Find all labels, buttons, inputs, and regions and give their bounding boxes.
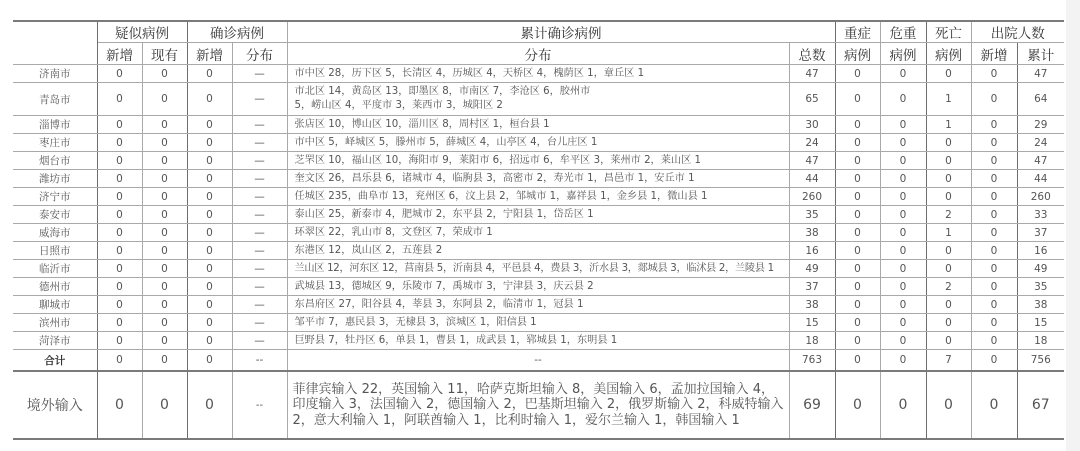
confirmed-new: 0 bbox=[187, 224, 232, 242]
confirmed-dist: — bbox=[232, 224, 287, 242]
discharged-new: 0 bbox=[971, 314, 1017, 332]
table-row: 滨州市 0 0 0 — 邹平市 7，惠民县 3，无棣县 3，滨城区 1，阳信县 … bbox=[13, 314, 1064, 332]
header-critical-1: 危重 bbox=[880, 21, 926, 43]
confirmed-dist: — bbox=[232, 83, 287, 116]
suspected-current: 0 bbox=[142, 170, 187, 188]
confirmed-new: 0 bbox=[187, 65, 232, 83]
death: 2 bbox=[926, 206, 971, 224]
suspected-current: 0 bbox=[142, 206, 187, 224]
suspected-current: 0 bbox=[142, 314, 187, 332]
cumulative-total: 44 bbox=[789, 170, 835, 188]
critical: 0 bbox=[880, 152, 926, 170]
death: 0 bbox=[926, 170, 971, 188]
city-name: 日照市 bbox=[13, 242, 97, 260]
cumulative-dist: 菲律宾输入 22，英国输入 11，哈萨克斯坦输入 8，美国输入 6，孟加拉国输入… bbox=[287, 371, 789, 439]
discharged-new: 0 bbox=[971, 170, 1017, 188]
discharged-cum: 18 bbox=[1017, 332, 1064, 350]
critical: 0 bbox=[880, 260, 926, 278]
confirmed-new: 0 bbox=[187, 260, 232, 278]
header-death-2: 病例 bbox=[926, 43, 971, 65]
cumulative-total: 15 bbox=[789, 314, 835, 332]
imported-label: 境外输入 bbox=[13, 371, 97, 439]
death: 0 bbox=[926, 260, 971, 278]
cumulative-total: 65 bbox=[789, 83, 835, 116]
city-name: 泰安市 bbox=[13, 206, 97, 224]
discharged-cum: 49 bbox=[1017, 260, 1064, 278]
death: 0 bbox=[926, 65, 971, 83]
table-row: 烟台市 0 0 0 — 芝罘区 10，福山区 10，海阳市 9，莱阳市 6，招远… bbox=[13, 152, 1064, 170]
critical: 0 bbox=[880, 314, 926, 332]
subheader-discharged-new: 新增 bbox=[971, 43, 1017, 65]
discharged-new: 0 bbox=[971, 242, 1017, 260]
header-suspected: 疑似病例 bbox=[97, 21, 187, 43]
confirmed-dist: -- bbox=[232, 350, 287, 372]
discharged-new: 0 bbox=[971, 116, 1017, 134]
death: 0 bbox=[926, 314, 971, 332]
critical: 0 bbox=[880, 206, 926, 224]
right-scroll-strip bbox=[1066, 0, 1080, 451]
discharged-cum: 35 bbox=[1017, 278, 1064, 296]
suspected-current: 0 bbox=[142, 278, 187, 296]
suspected-new: 0 bbox=[97, 188, 142, 206]
critical: 0 bbox=[880, 371, 926, 439]
table-row: 潍坊市 0 0 0 — 奎文区 26，昌乐县 6，诸城市 4，临朐县 3，高密市… bbox=[13, 170, 1064, 188]
suspected-new: 0 bbox=[97, 296, 142, 314]
subheader-suspected-current: 现有 bbox=[142, 43, 187, 65]
table-row: 淄博市 0 0 0 — 张店区 10，博山区 10，淄川区 8，周村区 1，桓台… bbox=[13, 116, 1064, 134]
city-name: 威海市 bbox=[13, 224, 97, 242]
cumulative-dist: 市中区 5，峄城区 5，滕州市 5，薛城区 4，山亭区 4，台儿庄区 1 bbox=[287, 134, 789, 152]
suspected-current: 0 bbox=[142, 371, 187, 439]
discharged-new: 0 bbox=[971, 206, 1017, 224]
critical: 0 bbox=[880, 83, 926, 116]
suspected-current: 0 bbox=[142, 65, 187, 83]
severe: 0 bbox=[835, 188, 880, 206]
confirmed-new: 0 bbox=[187, 278, 232, 296]
city-name: 烟台市 bbox=[13, 152, 97, 170]
suspected-current: 0 bbox=[142, 332, 187, 350]
severe: 0 bbox=[835, 332, 880, 350]
confirmed-new: 0 bbox=[187, 152, 232, 170]
table-row: 日照市 0 0 0 — 东港区 12，岚山区 2，五莲县 2 16 0 0 0 … bbox=[13, 242, 1064, 260]
death: 2 bbox=[926, 278, 971, 296]
confirmed-new: 0 bbox=[187, 242, 232, 260]
header-cumulative: 累计确诊病例 bbox=[287, 21, 835, 43]
confirmed-dist: — bbox=[232, 242, 287, 260]
severe: 0 bbox=[835, 260, 880, 278]
confirmed-new: 0 bbox=[187, 350, 232, 372]
subheader-confirmed-dist: 分布 bbox=[232, 43, 287, 65]
table-row: 泰安市 0 0 0 — 泰山区 25，新泰市 4，肥城市 2，东平县 2，宁阳县… bbox=[13, 206, 1064, 224]
discharged-cum: 15 bbox=[1017, 314, 1064, 332]
discharged-cum: 24 bbox=[1017, 134, 1064, 152]
severe: 0 bbox=[835, 350, 880, 372]
suspected-new: 0 bbox=[97, 83, 142, 116]
discharged-cum: 67 bbox=[1017, 371, 1064, 439]
critical: 0 bbox=[880, 134, 926, 152]
critical: 0 bbox=[880, 242, 926, 260]
cumulative-total: 16 bbox=[789, 242, 835, 260]
subheader-discharged-cum: 累计 bbox=[1017, 43, 1064, 65]
cumulative-total: 47 bbox=[789, 152, 835, 170]
discharged-new: 0 bbox=[971, 332, 1017, 350]
death: 7 bbox=[926, 350, 971, 372]
confirmed-dist: — bbox=[232, 206, 287, 224]
suspected-new: 0 bbox=[97, 371, 142, 439]
cumulative-total: 38 bbox=[789, 224, 835, 242]
confirmed-dist: -- bbox=[232, 371, 287, 439]
table-row: 聊城市 0 0 0 — 东昌府区 27，阳谷县 4，莘县 3，东阿县 2，临清市… bbox=[13, 296, 1064, 314]
cumulative-total: 260 bbox=[789, 188, 835, 206]
suspected-new: 0 bbox=[97, 350, 142, 372]
confirmed-dist: — bbox=[232, 260, 287, 278]
discharged-cum: 47 bbox=[1017, 152, 1064, 170]
severe: 0 bbox=[835, 134, 880, 152]
discharged-cum: 47 bbox=[1017, 65, 1064, 83]
cumulative-total: 35 bbox=[789, 206, 835, 224]
suspected-current: 0 bbox=[142, 152, 187, 170]
death: 0 bbox=[926, 188, 971, 206]
death: 0 bbox=[926, 371, 971, 439]
discharged-cum: 16 bbox=[1017, 242, 1064, 260]
subheader-confirmed-new: 新增 bbox=[187, 43, 232, 65]
death: 0 bbox=[926, 332, 971, 350]
confirmed-new: 0 bbox=[187, 296, 232, 314]
imported-row: 境外输入 0 0 0 -- 菲律宾输入 22，英国输入 11，哈萨克斯坦输入 8… bbox=[13, 371, 1064, 439]
severe: 0 bbox=[835, 242, 880, 260]
confirmed-new: 0 bbox=[187, 116, 232, 134]
death: 1 bbox=[926, 116, 971, 134]
suspected-new: 0 bbox=[97, 65, 142, 83]
confirmed-dist: — bbox=[232, 278, 287, 296]
cumulative-dist: 市中区 28，历下区 5，长清区 4，历城区 4，天桥区 4，槐荫区 1，章丘区… bbox=[287, 65, 789, 83]
table-row: 济南市 0 0 0 — 市中区 28，历下区 5，长清区 4，历城区 4，天桥区… bbox=[13, 65, 1064, 83]
suspected-current: 0 bbox=[142, 134, 187, 152]
suspected-new: 0 bbox=[97, 278, 142, 296]
subheader-total: 总数 bbox=[789, 43, 835, 65]
discharged-cum: 33 bbox=[1017, 206, 1064, 224]
confirmed-new: 0 bbox=[187, 314, 232, 332]
cumulative-dist: 东港区 12，岚山区 2，五莲县 2 bbox=[287, 242, 789, 260]
cumulative-dist: 兰山区 12，河东区 12，莒南县 5，沂南县 4，平邑县 4，费县 3，沂水县… bbox=[287, 260, 789, 278]
confirmed-dist: — bbox=[232, 116, 287, 134]
severe: 0 bbox=[835, 83, 880, 116]
header-confirmed: 确诊病例 bbox=[187, 21, 287, 43]
discharged-new: 0 bbox=[971, 65, 1017, 83]
confirmed-new: 0 bbox=[187, 206, 232, 224]
cumulative-total: 30 bbox=[789, 116, 835, 134]
city-name: 滨州市 bbox=[13, 314, 97, 332]
city-name: 潍坊市 bbox=[13, 170, 97, 188]
suspected-current: 0 bbox=[142, 83, 187, 116]
discharged-new: 0 bbox=[971, 152, 1017, 170]
death: 0 bbox=[926, 296, 971, 314]
confirmed-new: 0 bbox=[187, 371, 232, 439]
cumulative-dist: 市北区 14，黄岛区 13，即墨区 8，市南区 7，李沧区 6，胶州市 5，崂山… bbox=[287, 83, 789, 116]
confirmed-new: 0 bbox=[187, 188, 232, 206]
cumulative-dist: 环翠区 22，乳山市 8，文登区 7，荣成市 1 bbox=[287, 224, 789, 242]
cumulative-dist: 邹平市 7，惠民县 3，无棣县 3，滨城区 1，阳信县 1 bbox=[287, 314, 789, 332]
confirmed-new: 0 bbox=[187, 83, 232, 116]
header-city-blank bbox=[13, 21, 97, 65]
critical: 0 bbox=[880, 116, 926, 134]
discharged-cum: 38 bbox=[1017, 296, 1064, 314]
city-name: 枣庄市 bbox=[13, 134, 97, 152]
subheader-cumulative-dist: 分布 bbox=[287, 43, 789, 65]
discharged-cum: 64 bbox=[1017, 83, 1064, 116]
severe: 0 bbox=[835, 65, 880, 83]
total-label: 合计 bbox=[13, 350, 97, 372]
subheader-suspected-new: 新增 bbox=[97, 43, 142, 65]
cumulative-dist: 泰山区 25，新泰市 4，肥城市 2，东平县 2，宁阳县 1，岱岳区 1 bbox=[287, 206, 789, 224]
suspected-current: 0 bbox=[142, 116, 187, 134]
table-row: 威海市 0 0 0 — 环翠区 22，乳山市 8，文登区 7，荣成市 1 38 … bbox=[13, 224, 1064, 242]
discharged-new: 0 bbox=[971, 83, 1017, 116]
discharged-cum: 44 bbox=[1017, 170, 1064, 188]
table-row: 济宁市 0 0 0 — 任城区 235，曲阜市 13，兖州区 6，汶上县 2，邹… bbox=[13, 188, 1064, 206]
suspected-new: 0 bbox=[97, 152, 142, 170]
city-name: 济宁市 bbox=[13, 188, 97, 206]
cumulative-total: 38 bbox=[789, 296, 835, 314]
suspected-current: 0 bbox=[142, 260, 187, 278]
discharged-new: 0 bbox=[971, 278, 1017, 296]
discharged-cum: 37 bbox=[1017, 224, 1064, 242]
cumulative-total: 763 bbox=[789, 350, 835, 372]
city-name: 临沂市 bbox=[13, 260, 97, 278]
confirmed-new: 0 bbox=[187, 134, 232, 152]
cumulative-total: 49 bbox=[789, 260, 835, 278]
city-name: 青岛市 bbox=[13, 83, 97, 116]
suspected-new: 0 bbox=[97, 170, 142, 188]
suspected-new: 0 bbox=[97, 314, 142, 332]
severe: 0 bbox=[835, 206, 880, 224]
death: 0 bbox=[926, 242, 971, 260]
critical: 0 bbox=[880, 188, 926, 206]
suspected-current: 0 bbox=[142, 224, 187, 242]
critical: 0 bbox=[880, 224, 926, 242]
severe: 0 bbox=[835, 278, 880, 296]
death: 1 bbox=[926, 224, 971, 242]
table-row: 青岛市 0 0 0 — 市北区 14，黄岛区 13，即墨区 8，市南区 7，李沧… bbox=[13, 83, 1064, 116]
table-row: 菏泽市 0 0 0 — 巨野县 7，牡丹区 6，单县 1，曹县 1，成武县 1，… bbox=[13, 332, 1064, 350]
critical: 0 bbox=[880, 170, 926, 188]
severe: 0 bbox=[835, 314, 880, 332]
confirmed-dist: — bbox=[232, 296, 287, 314]
confirmed-dist: — bbox=[232, 188, 287, 206]
death: 1 bbox=[926, 83, 971, 116]
death: 0 bbox=[926, 152, 971, 170]
death: 0 bbox=[926, 134, 971, 152]
confirmed-dist: — bbox=[232, 314, 287, 332]
critical: 0 bbox=[880, 296, 926, 314]
table-row: 枣庄市 0 0 0 — 市中区 5，峄城区 5，滕州市 5，薛城区 4，山亭区 … bbox=[13, 134, 1064, 152]
city-name: 淄博市 bbox=[13, 116, 97, 134]
confirmed-dist: — bbox=[232, 134, 287, 152]
cumulative-total: 47 bbox=[789, 65, 835, 83]
severe: 0 bbox=[835, 170, 880, 188]
discharged-new: 0 bbox=[971, 350, 1017, 372]
severe: 0 bbox=[835, 116, 880, 134]
city-name: 聊城市 bbox=[13, 296, 97, 314]
total-row: 合计 0 0 0 -- -- 763 0 0 7 0 756 bbox=[13, 350, 1064, 372]
suspected-new: 0 bbox=[97, 224, 142, 242]
critical: 0 bbox=[880, 332, 926, 350]
cumulative-dist: 东昌府区 27，阳谷县 4，莘县 3，东阿县 2，临清市 1，冠县 1 bbox=[287, 296, 789, 314]
suspected-current: 0 bbox=[142, 296, 187, 314]
critical: 0 bbox=[880, 278, 926, 296]
cumulative-total: 69 bbox=[789, 371, 835, 439]
cumulative-total: 24 bbox=[789, 134, 835, 152]
cumulative-total: 37 bbox=[789, 278, 835, 296]
discharged-new: 0 bbox=[971, 188, 1017, 206]
table-row: 德州市 0 0 0 — 武城县 13，德城区 9，乐陵市 7，禹城市 3，宁津县… bbox=[13, 278, 1064, 296]
critical: 0 bbox=[880, 65, 926, 83]
discharged-cum: 756 bbox=[1017, 350, 1064, 372]
discharged-new: 0 bbox=[971, 296, 1017, 314]
severe: 0 bbox=[835, 296, 880, 314]
confirmed-dist: — bbox=[232, 170, 287, 188]
discharged-new: 0 bbox=[971, 260, 1017, 278]
header-severe-1: 重症 bbox=[835, 21, 880, 43]
cumulative-dist: -- bbox=[287, 350, 789, 372]
table-row: 临沂市 0 0 0 — 兰山区 12，河东区 12，莒南县 5，沂南县 4，平邑… bbox=[13, 260, 1064, 278]
header-severe-2: 病例 bbox=[835, 43, 880, 65]
confirmed-dist: — bbox=[232, 332, 287, 350]
discharged-new: 0 bbox=[971, 134, 1017, 152]
cumulative-dist: 奎文区 26，昌乐县 6，诸城市 4，临朐县 3，高密市 2，寿光市 1，昌邑市… bbox=[287, 170, 789, 188]
header-discharged: 出院人数 bbox=[971, 21, 1064, 43]
suspected-new: 0 bbox=[97, 260, 142, 278]
severe: 0 bbox=[835, 152, 880, 170]
city-name: 菏泽市 bbox=[13, 332, 97, 350]
cumulative-dist: 武城县 13，德城区 9，乐陵市 7，禹城市 3，宁津县 3，庆云县 2 bbox=[287, 278, 789, 296]
cumulative-total: 18 bbox=[789, 332, 835, 350]
discharged-cum: 29 bbox=[1017, 116, 1064, 134]
city-name: 德州市 bbox=[13, 278, 97, 296]
severe: 0 bbox=[835, 371, 880, 439]
suspected-new: 0 bbox=[97, 116, 142, 134]
confirmed-dist: — bbox=[232, 152, 287, 170]
suspected-current: 0 bbox=[142, 188, 187, 206]
cumulative-dist: 巨野县 7，牡丹区 6，单县 1，曹县 1，成武县 1，郓城县 1，东明县 1 bbox=[287, 332, 789, 350]
suspected-current: 0 bbox=[142, 350, 187, 372]
cumulative-dist: 张店区 10，博山区 10，淄川区 8，周村区 1，桓台县 1 bbox=[287, 116, 789, 134]
confirmed-new: 0 bbox=[187, 170, 232, 188]
covid-stats-table: 疑似病例 确诊病例 累计确诊病例 重症 危重 死亡 出院人数 新增 现有 新增 … bbox=[13, 20, 1064, 440]
header-critical-2: 病例 bbox=[880, 43, 926, 65]
city-name: 济南市 bbox=[13, 65, 97, 83]
discharged-cum: 260 bbox=[1017, 188, 1064, 206]
suspected-current: 0 bbox=[142, 242, 187, 260]
suspected-new: 0 bbox=[97, 242, 142, 260]
severe: 0 bbox=[835, 224, 880, 242]
discharged-new: 0 bbox=[971, 371, 1017, 439]
confirmed-dist: — bbox=[232, 65, 287, 83]
cumulative-dist: 任城区 235，曲阜市 13，兖州区 6，汶上县 2，邹城市 1，嘉祥县 1，金… bbox=[287, 188, 789, 206]
critical: 0 bbox=[880, 350, 926, 372]
suspected-new: 0 bbox=[97, 206, 142, 224]
suspected-new: 0 bbox=[97, 134, 142, 152]
confirmed-new: 0 bbox=[187, 332, 232, 350]
suspected-new: 0 bbox=[97, 332, 142, 350]
discharged-new: 0 bbox=[971, 224, 1017, 242]
header-death-1: 死亡 bbox=[926, 21, 971, 43]
cumulative-dist: 芝罘区 10，福山区 10，海阳市 9，莱阳市 6，招远市 6，牟平区 3，莱州… bbox=[287, 152, 789, 170]
